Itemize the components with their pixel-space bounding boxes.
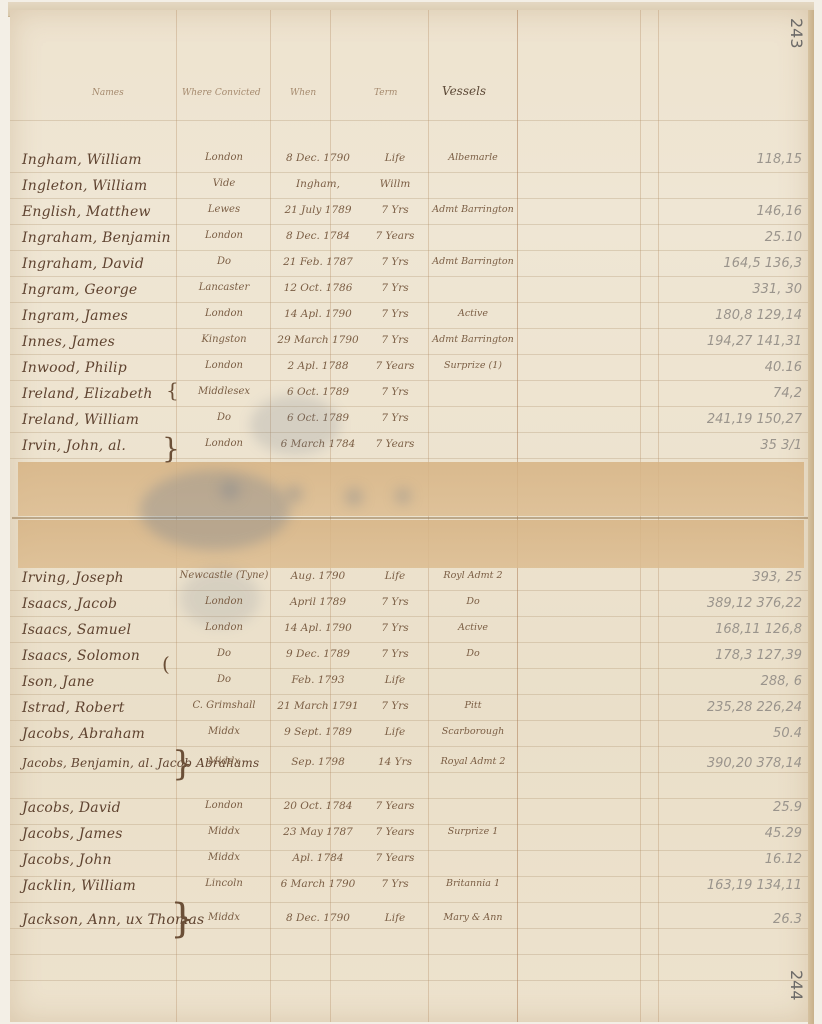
where-convicted: Do	[178, 648, 270, 659]
vessel-name: Surprize 1	[430, 826, 516, 837]
convict-name: Ingram, George	[22, 282, 137, 298]
ledger-row: Jacklin, WilliamLincoln6 March 17907 Yrs…	[0, 878, 822, 904]
sentence-term: 7 Yrs	[362, 386, 428, 398]
folio-number-bottom: 244	[787, 970, 806, 1001]
convict-name: Ireland, Elizabeth	[22, 386, 153, 402]
convict-name: Jacobs, David	[22, 800, 121, 816]
convict-name: Isaacs, Solomon	[22, 648, 140, 664]
ledger-row: Isaacs, SolomonDo9 Dec. 17897 YrsDo178,3…	[0, 648, 822, 674]
where-convicted: Do	[178, 674, 270, 685]
sentence-term: 7 Yrs	[362, 596, 428, 608]
ledger-row: Ireland, ElizabethMiddlesex6 Oct. 17897 …	[0, 386, 822, 412]
conviction-date: 14 Apl. 1790	[272, 622, 364, 634]
pencil-amount: 118,15	[757, 152, 803, 167]
conviction-date: 21 March 1791	[272, 700, 364, 712]
ledger-row: Jackson, Ann, ux ThomasMiddx8 Dec. 1790L…	[0, 912, 822, 938]
pencil-amount: 40.16	[765, 360, 802, 375]
conviction-date: 29 March 1790	[272, 334, 364, 346]
where-convicted: C. Grimshall	[178, 700, 270, 711]
vessel-name: Admt Barrington	[430, 256, 516, 267]
where-convicted: London	[178, 360, 270, 371]
pencil-amount: 241,19 150,27	[707, 412, 802, 427]
pencil-amount: 16.12	[765, 852, 802, 867]
page-fold	[12, 517, 808, 519]
sentence-term: 7 Yrs	[362, 308, 428, 320]
brace-irvin: }	[162, 432, 180, 465]
where-convicted: Middlesex	[178, 386, 270, 397]
ledger-row: Ingram, GeorgeLancaster12 Oct. 17867 Yrs…	[0, 282, 822, 308]
where-convicted: London	[178, 596, 270, 607]
sentence-term: 7 Years	[362, 800, 428, 812]
header-when: When	[290, 88, 316, 98]
repair-tape-lower	[18, 520, 804, 568]
sentence-term: Life	[362, 152, 428, 164]
pencil-amount: 25.10	[765, 230, 802, 245]
convict-name: Ingham, William	[22, 152, 142, 168]
vessel-name: Admt Barrington	[430, 204, 516, 215]
pencil-amount: 180,8 129,14	[715, 308, 802, 323]
convict-name: Istrad, Robert	[22, 700, 125, 716]
sentence-term: 7 Yrs	[362, 622, 428, 634]
sentence-term: 7 Years	[362, 360, 428, 372]
ledger-row: Jacobs, JohnMiddxApl. 17847 Years16.12	[0, 852, 822, 878]
ledger-row: English, MatthewLewes21 July 17897 YrsAd…	[0, 204, 822, 230]
ledger-row: Jacobs, JamesMiddx23 May 17877 YearsSurp…	[0, 826, 822, 852]
ledger-row: Ingraham, BenjaminLondon8 Dec. 17847 Yea…	[0, 230, 822, 256]
water-stain	[345, 488, 363, 506]
pencil-amount: 74,2	[773, 386, 802, 401]
pencil-amount: 393, 25	[752, 570, 802, 585]
convict-name: Isaacs, Jacob	[22, 596, 117, 612]
sentence-term: 7 Yrs	[362, 648, 428, 660]
conviction-date: 6 March 1790	[272, 878, 364, 890]
where-convicted: Middx	[178, 852, 270, 863]
ledger-row: Jacobs, AbrahamMiddx9 Sept. 1789LifeScar…	[0, 726, 822, 752]
ledger-row: Jacobs, DavidLondon20 Oct. 17847 Years25…	[0, 800, 822, 826]
conviction-date: 20 Oct. 1784	[272, 800, 364, 812]
sentence-term: 7 Years	[362, 852, 428, 864]
pencil-amount: 163,19 134,11	[707, 878, 802, 893]
convict-name: Isaacs, Samuel	[22, 622, 131, 638]
conviction-date: Feb. 1793	[272, 674, 364, 686]
where-convicted: Vide	[178, 178, 270, 189]
pencil-amount: 235,28 226,24	[707, 700, 802, 715]
where-convicted: Middx	[178, 726, 270, 737]
pencil-amount: 164,5 136,3	[723, 256, 802, 271]
vessel-name: Albemarle	[430, 152, 516, 163]
convict-name: Innes, James	[22, 334, 115, 350]
where-convicted: London	[178, 800, 270, 811]
vessel-name: Mary & Ann	[430, 912, 516, 923]
where-convicted: Do	[178, 256, 270, 267]
water-stain	[395, 488, 411, 504]
pencil-amount: 390,20 378,14	[707, 756, 802, 771]
ledger-row: Inwood, PhilipLondon2 Apl. 17887 YearsSu…	[0, 360, 822, 386]
convict-name: English, Matthew	[22, 204, 151, 220]
pencil-amount: 288, 6	[761, 674, 802, 689]
brace-jacobs-benjamin: }	[172, 744, 194, 784]
where-convicted: London	[178, 230, 270, 241]
sentence-term: Willm	[362, 178, 428, 190]
vessel-name: Royal Admt 2	[430, 756, 516, 767]
where-convicted: London	[178, 152, 270, 163]
where-convicted: London	[178, 308, 270, 319]
convict-name: Jacklin, William	[22, 878, 136, 894]
convict-name: Jacobs, John	[22, 852, 112, 868]
ledger-row: Ingraham, DavidDo21 Feb. 17877 YrsAdmt B…	[0, 256, 822, 282]
folio-number-top: 243	[787, 18, 806, 49]
header-vessels: Vessels	[442, 84, 486, 98]
sentence-term: Life	[362, 726, 428, 738]
convict-name: Jacobs, Abraham	[22, 726, 145, 742]
convict-name: Ireland, William	[22, 412, 139, 428]
conviction-date: 23 May 1787	[272, 826, 364, 838]
vessel-name: Royl Admt 2	[430, 570, 516, 581]
pencil-amount: 331, 30	[752, 282, 802, 297]
brace-ireland: {	[166, 378, 179, 402]
ruled-line	[10, 120, 808, 121]
convict-name: Irving, Joseph	[22, 570, 124, 586]
conviction-date: 12 Oct. 1786	[272, 282, 364, 294]
conviction-date: Sep. 1798	[272, 756, 364, 768]
pencil-amount: 35 3/1	[760, 438, 802, 453]
sentence-term: Life	[362, 912, 428, 924]
ruled-line	[10, 980, 808, 981]
pencil-amount: 389,12 376,22	[707, 596, 802, 611]
convict-name: Jacobs, James	[22, 826, 123, 842]
where-convicted: Middx	[178, 826, 270, 837]
conviction-date: Ingham,	[272, 178, 364, 190]
vessel-name: Surprize (1)	[430, 360, 516, 371]
header-names: Names	[92, 88, 124, 98]
conviction-date: Apl. 1784	[272, 852, 364, 864]
vessel-name: Pitt	[430, 700, 516, 711]
conviction-date: April 1789	[272, 596, 364, 608]
vessel-name: Britannia 1	[430, 878, 516, 889]
conviction-date: Aug. 1790	[272, 570, 364, 582]
conviction-date: 2 Apl. 1788	[272, 360, 364, 372]
vessel-name: Active	[430, 622, 516, 633]
convict-name: Ingleton, William	[22, 178, 147, 194]
sentence-term: 7 Yrs	[362, 256, 428, 268]
vessel-name: Admt Barrington	[430, 334, 516, 345]
ledger-row: Isaacs, JacobLondonApril 17897 YrsDo389,…	[0, 596, 822, 622]
repair-tape-upper	[18, 462, 804, 516]
header-term: Term	[374, 88, 397, 98]
pencil-amount: 45.29	[765, 826, 802, 841]
sentence-term: Life	[362, 570, 428, 582]
ledger-row: Ingham, WilliamLondon8 Dec. 1790LifeAlbe…	[0, 152, 822, 178]
water-stain	[140, 470, 290, 550]
ledger-row: Istrad, RobertC. Grimshall21 March 17917…	[0, 700, 822, 726]
convict-name: Irvin, John, al.	[22, 438, 126, 454]
ledger-row: Innes, JamesKingston29 March 17907 YrsAd…	[0, 334, 822, 360]
ledger-row: Jacobs, Benjamin, al. Jacob AbrahamsMidd…	[0, 756, 822, 782]
water-stain	[250, 395, 340, 455]
pencil-amount: 168,11 126,8	[715, 622, 802, 637]
brace-jackson: }	[170, 896, 195, 942]
sentence-term: 7 Years	[362, 438, 428, 450]
ledger-row: Ingram, JamesLondon14 Apl. 17907 YrsActi…	[0, 308, 822, 334]
vessel-name: Active	[430, 308, 516, 319]
water-stain	[220, 480, 240, 500]
ledger-row: Ingleton, WilliamVideIngham,Willm	[0, 178, 822, 204]
pencil-amount: 146,16	[757, 204, 803, 219]
where-convicted: London	[178, 622, 270, 633]
ledger-row: Irving, JosephNewcastle (Tyne)Aug. 1790L…	[0, 570, 822, 596]
conviction-date: 21 Feb. 1787	[272, 256, 364, 268]
convict-name: Ison, Jane	[22, 674, 94, 690]
water-stain	[285, 485, 303, 503]
sentence-term: 7 Years	[362, 826, 428, 838]
pencil-amount: 50.4	[773, 726, 802, 741]
sentence-term: 7 Yrs	[362, 282, 428, 294]
vessel-name: Do	[430, 596, 516, 607]
convict-name: Ingraham, David	[22, 256, 144, 272]
conviction-date: 9 Sept. 1789	[272, 726, 364, 738]
pencil-amount: 25.9	[773, 800, 802, 815]
where-convicted: Newcastle (Tyne)	[178, 570, 270, 581]
ruled-line	[10, 954, 808, 955]
pencil-amount: 26.3	[773, 912, 802, 927]
sentence-term: 7 Yrs	[362, 204, 428, 216]
where-convicted: Lewes	[178, 204, 270, 215]
vessel-name: Do	[430, 648, 516, 659]
where-convicted: Lincoln	[178, 878, 270, 889]
pencil-amount: 194,27 141,31	[707, 334, 802, 349]
convict-name: Ingraham, Benjamin	[22, 230, 171, 246]
sentence-term: 7 Yrs	[362, 412, 428, 424]
ledger-row: Irvin, John, al.London6 March 17847 Year…	[0, 438, 822, 464]
sentence-term: 7 Yrs	[362, 334, 428, 346]
convict-name: Inwood, Philip	[22, 360, 127, 376]
pencil-amount: 178,3 127,39	[715, 648, 802, 663]
convict-name: Ingram, James	[22, 308, 128, 324]
vessel-name: Scarborough	[430, 726, 516, 737]
conviction-date: 21 July 1789	[272, 204, 364, 216]
ledger-row: Isaacs, SamuelLondon14 Apl. 17907 YrsAct…	[0, 622, 822, 648]
ruled-line	[10, 798, 808, 799]
sentence-term: 7 Yrs	[362, 700, 428, 712]
conviction-date: 14 Apl. 1790	[272, 308, 364, 320]
brace-ison: (	[162, 652, 170, 676]
ledger-row: Ireland, WilliamDo6 Oct. 17897 Yrs241,19…	[0, 412, 822, 438]
header-where-convicted: Where Convicted	[182, 88, 261, 98]
where-convicted: Kingston	[178, 334, 270, 345]
conviction-date: 8 Dec. 1790	[272, 152, 364, 164]
conviction-date: 8 Dec. 1790	[272, 912, 364, 924]
conviction-date: 9 Dec. 1789	[272, 648, 364, 660]
conviction-date: 8 Dec. 1784	[272, 230, 364, 242]
sentence-term: Life	[362, 674, 428, 686]
sentence-term: 14 Yrs	[362, 756, 428, 768]
where-convicted: Lancaster	[178, 282, 270, 293]
sentence-term: 7 Yrs	[362, 878, 428, 890]
sentence-term: 7 Years	[362, 230, 428, 242]
ledger-row: Ison, JaneDoFeb. 1793Life288, 6	[0, 674, 822, 700]
